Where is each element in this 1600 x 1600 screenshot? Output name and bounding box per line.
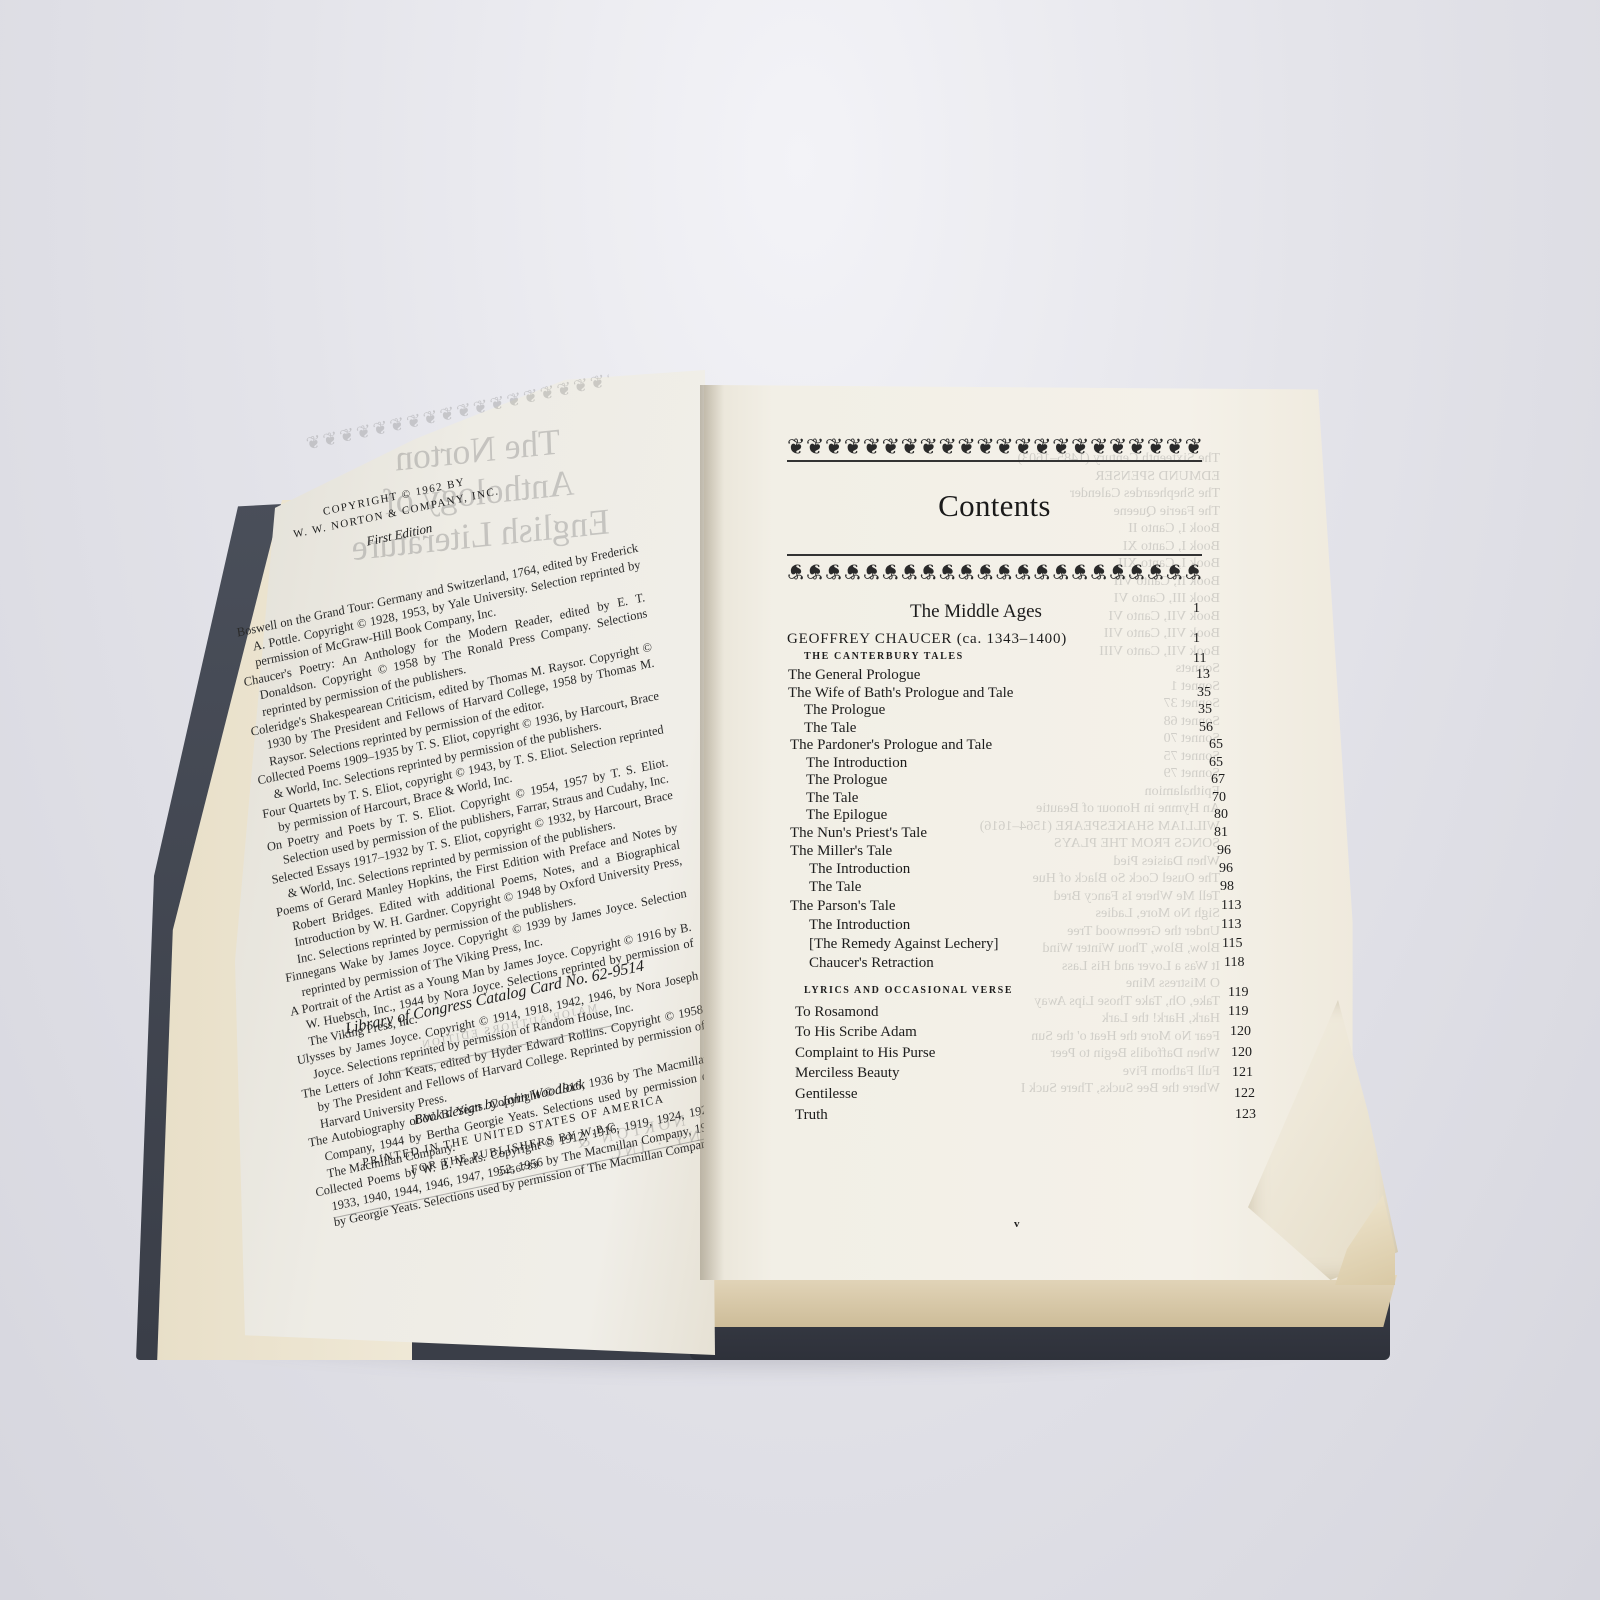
toc-entry-page-number: 121 xyxy=(1232,1065,1253,1081)
toc-entry: To His Scribe Adam120 xyxy=(788,1024,1278,1042)
toc-entry-page-number: 70 xyxy=(1212,790,1226,806)
leaf-ornament-icon: ❦❦❦❦❦❦❦❦❦❦❦❦❦❦❦❦❦❦❦❦❦❦❦❦ xyxy=(787,434,1202,459)
toc-entry-title: The Tale xyxy=(804,720,856,737)
toc-entry-page-number: 120 xyxy=(1230,1024,1251,1040)
toc-entry: The Introduction65 xyxy=(788,755,1278,773)
toc-entry-title: Lyrics and Occasional Verse xyxy=(804,985,1013,996)
toc-entry-page-number: 67 xyxy=(1211,772,1225,788)
toc-entry: The Epilogue80 xyxy=(788,807,1278,825)
toc-entry: The Wife of Bath's Prologue and Tale35 xyxy=(788,685,1278,703)
toc-entry-title: The Canterbury Tales xyxy=(804,651,964,662)
toc-entry: Gentilesse122 xyxy=(788,1086,1278,1104)
leaf-ornament-bottom: ❦❦❦❦❦❦❦❦❦❦❦❦❦❦❦❦❦❦❦❦❦❦❦❦ xyxy=(787,554,1202,584)
toc-entry: Complaint to His Purse120 xyxy=(788,1045,1278,1063)
page-title: Contents xyxy=(787,488,1202,524)
toc-entry-title: The General Prologue xyxy=(788,667,920,684)
toc-entry-title: To His Scribe Adam xyxy=(795,1024,917,1041)
toc-entry-page-number: 98 xyxy=(1220,879,1234,895)
toc-entry-title: Truth xyxy=(795,1107,828,1124)
toc-entry-page-number: 119 xyxy=(1228,1004,1248,1020)
toc-entry: The Middle Ages1 xyxy=(788,601,1278,619)
toc-entry: The Introduction96 xyxy=(788,861,1278,879)
toc-entry-page-number: 115 xyxy=(1222,936,1242,952)
toc-entry: Lyrics and Occasional Verse119 xyxy=(788,985,1278,1003)
toc-entry-title: The Introduction xyxy=(809,861,910,878)
toc-entry-title: The Tale xyxy=(806,790,858,807)
toc-entry-title: The Wife of Bath's Prologue and Tale xyxy=(788,685,1013,702)
toc-entry-page-number: 35 xyxy=(1198,702,1212,718)
toc-entry-page-number: 81 xyxy=(1214,825,1228,841)
toc-entry-page-number: 113 xyxy=(1221,898,1241,914)
toc-entry-page-number: 120 xyxy=(1231,1045,1252,1061)
toc-entry-title: The Miller's Tale xyxy=(790,843,892,860)
toc-entry: The Introduction113 xyxy=(788,917,1278,935)
toc-entry-page-number: 1 xyxy=(1193,631,1200,647)
toc-entry-title: The Prologue xyxy=(804,702,885,719)
toc-entry-title: The Middle Ages xyxy=(910,601,1042,623)
toc-entry-title: GEOFFREY CHAUCER (ca. 1343–1400) xyxy=(787,631,1067,648)
toc-entry-title: [The Remedy Against Lechery] xyxy=(809,936,999,953)
toc-entry-title: The Introduction xyxy=(809,917,910,934)
toc-entry: The Tale70 xyxy=(788,790,1278,808)
toc-entry: GEOFFREY CHAUCER (ca. 1343–1400)1 xyxy=(788,631,1278,649)
toc-entry: To Rosamond119 xyxy=(788,1004,1278,1022)
toc-entry-page-number: 96 xyxy=(1219,861,1233,877)
toc-entry-title: The Tale xyxy=(809,879,861,896)
toc-entry-page-number: 113 xyxy=(1221,917,1241,933)
toc-entry: Truth123 xyxy=(788,1107,1278,1125)
ghost-line: Book I, Canto XI xyxy=(860,538,1220,556)
toc-entry-page-number: 119 xyxy=(1228,985,1248,1001)
toc-entry-title: The Epilogue xyxy=(806,807,887,824)
toc-entry-page-number: 118 xyxy=(1224,955,1244,971)
toc-entry-page-number: 96 xyxy=(1217,843,1231,859)
toc-entry: The Parson's Tale113 xyxy=(788,898,1278,916)
toc-entry-page-number: 122 xyxy=(1234,1086,1255,1102)
toc-entry: Chaucer's Retraction118 xyxy=(788,955,1278,973)
toc-entry: The Prologue35 xyxy=(788,702,1278,720)
toc-entry-title: The Parson's Tale xyxy=(790,898,896,915)
toc-entry-title: Chaucer's Retraction xyxy=(809,955,934,972)
toc-entry-title: Complaint to His Purse xyxy=(795,1045,935,1062)
toc-entry-title: Merciless Beauty xyxy=(795,1065,900,1082)
toc-entry: The Nun's Priest's Tale81 xyxy=(788,825,1278,843)
toc-entry: The Prologue67 xyxy=(788,772,1278,790)
toc-entry-title: Gentilesse xyxy=(795,1086,857,1103)
toc-entry: The Tale56 xyxy=(788,720,1278,738)
toc-entry-title: To Rosamond xyxy=(795,1004,879,1021)
toc-entry-page-number: 13 xyxy=(1196,667,1210,683)
toc-entry-page-number: 35 xyxy=(1197,685,1211,701)
folio-page-number: v xyxy=(1014,1218,1020,1230)
toc-entry: [The Remedy Against Lechery]115 xyxy=(788,936,1278,954)
toc-entry-page-number: 80 xyxy=(1214,807,1228,823)
toc-entry-page-number: 11 xyxy=(1193,651,1206,667)
leaf-ornament-icon: ❦❦❦❦❦❦❦❦❦❦❦❦❦❦❦❦❦❦❦❦❦❦❦❦ xyxy=(787,556,1202,584)
leaf-ornament-top: ❦❦❦❦❦❦❦❦❦❦❦❦❦❦❦❦❦❦❦❦❦❦❦❦ xyxy=(787,432,1202,462)
toc-entry-title: The Introduction xyxy=(806,755,907,772)
toc-entry: The Miller's Tale96 xyxy=(788,843,1278,861)
ghost-line: EDMUND SPENSER xyxy=(860,468,1220,486)
toc-entry: The General Prologue13 xyxy=(788,667,1278,685)
toc-entry-title: The Nun's Priest's Tale xyxy=(790,825,927,842)
toc-entry: Merciless Beauty121 xyxy=(788,1065,1278,1083)
toc-entry-title: The Pardoner's Prologue and Tale xyxy=(790,737,992,754)
toc-entry-title: The Prologue xyxy=(806,772,887,789)
toc-entry: The Tale98 xyxy=(788,879,1278,897)
page-gutter xyxy=(700,385,724,1280)
toc-entry-page-number: 56 xyxy=(1199,720,1213,736)
toc-entry-page-number: 65 xyxy=(1209,755,1223,771)
toc-entry-page-number: 123 xyxy=(1235,1107,1256,1123)
page-block-edge xyxy=(712,1275,1397,1327)
toc-entry-page-number: 1 xyxy=(1193,601,1200,617)
toc-entry-page-number: 65 xyxy=(1209,737,1223,753)
toc-entry: The Pardoner's Prologue and Tale65 xyxy=(788,737,1278,755)
